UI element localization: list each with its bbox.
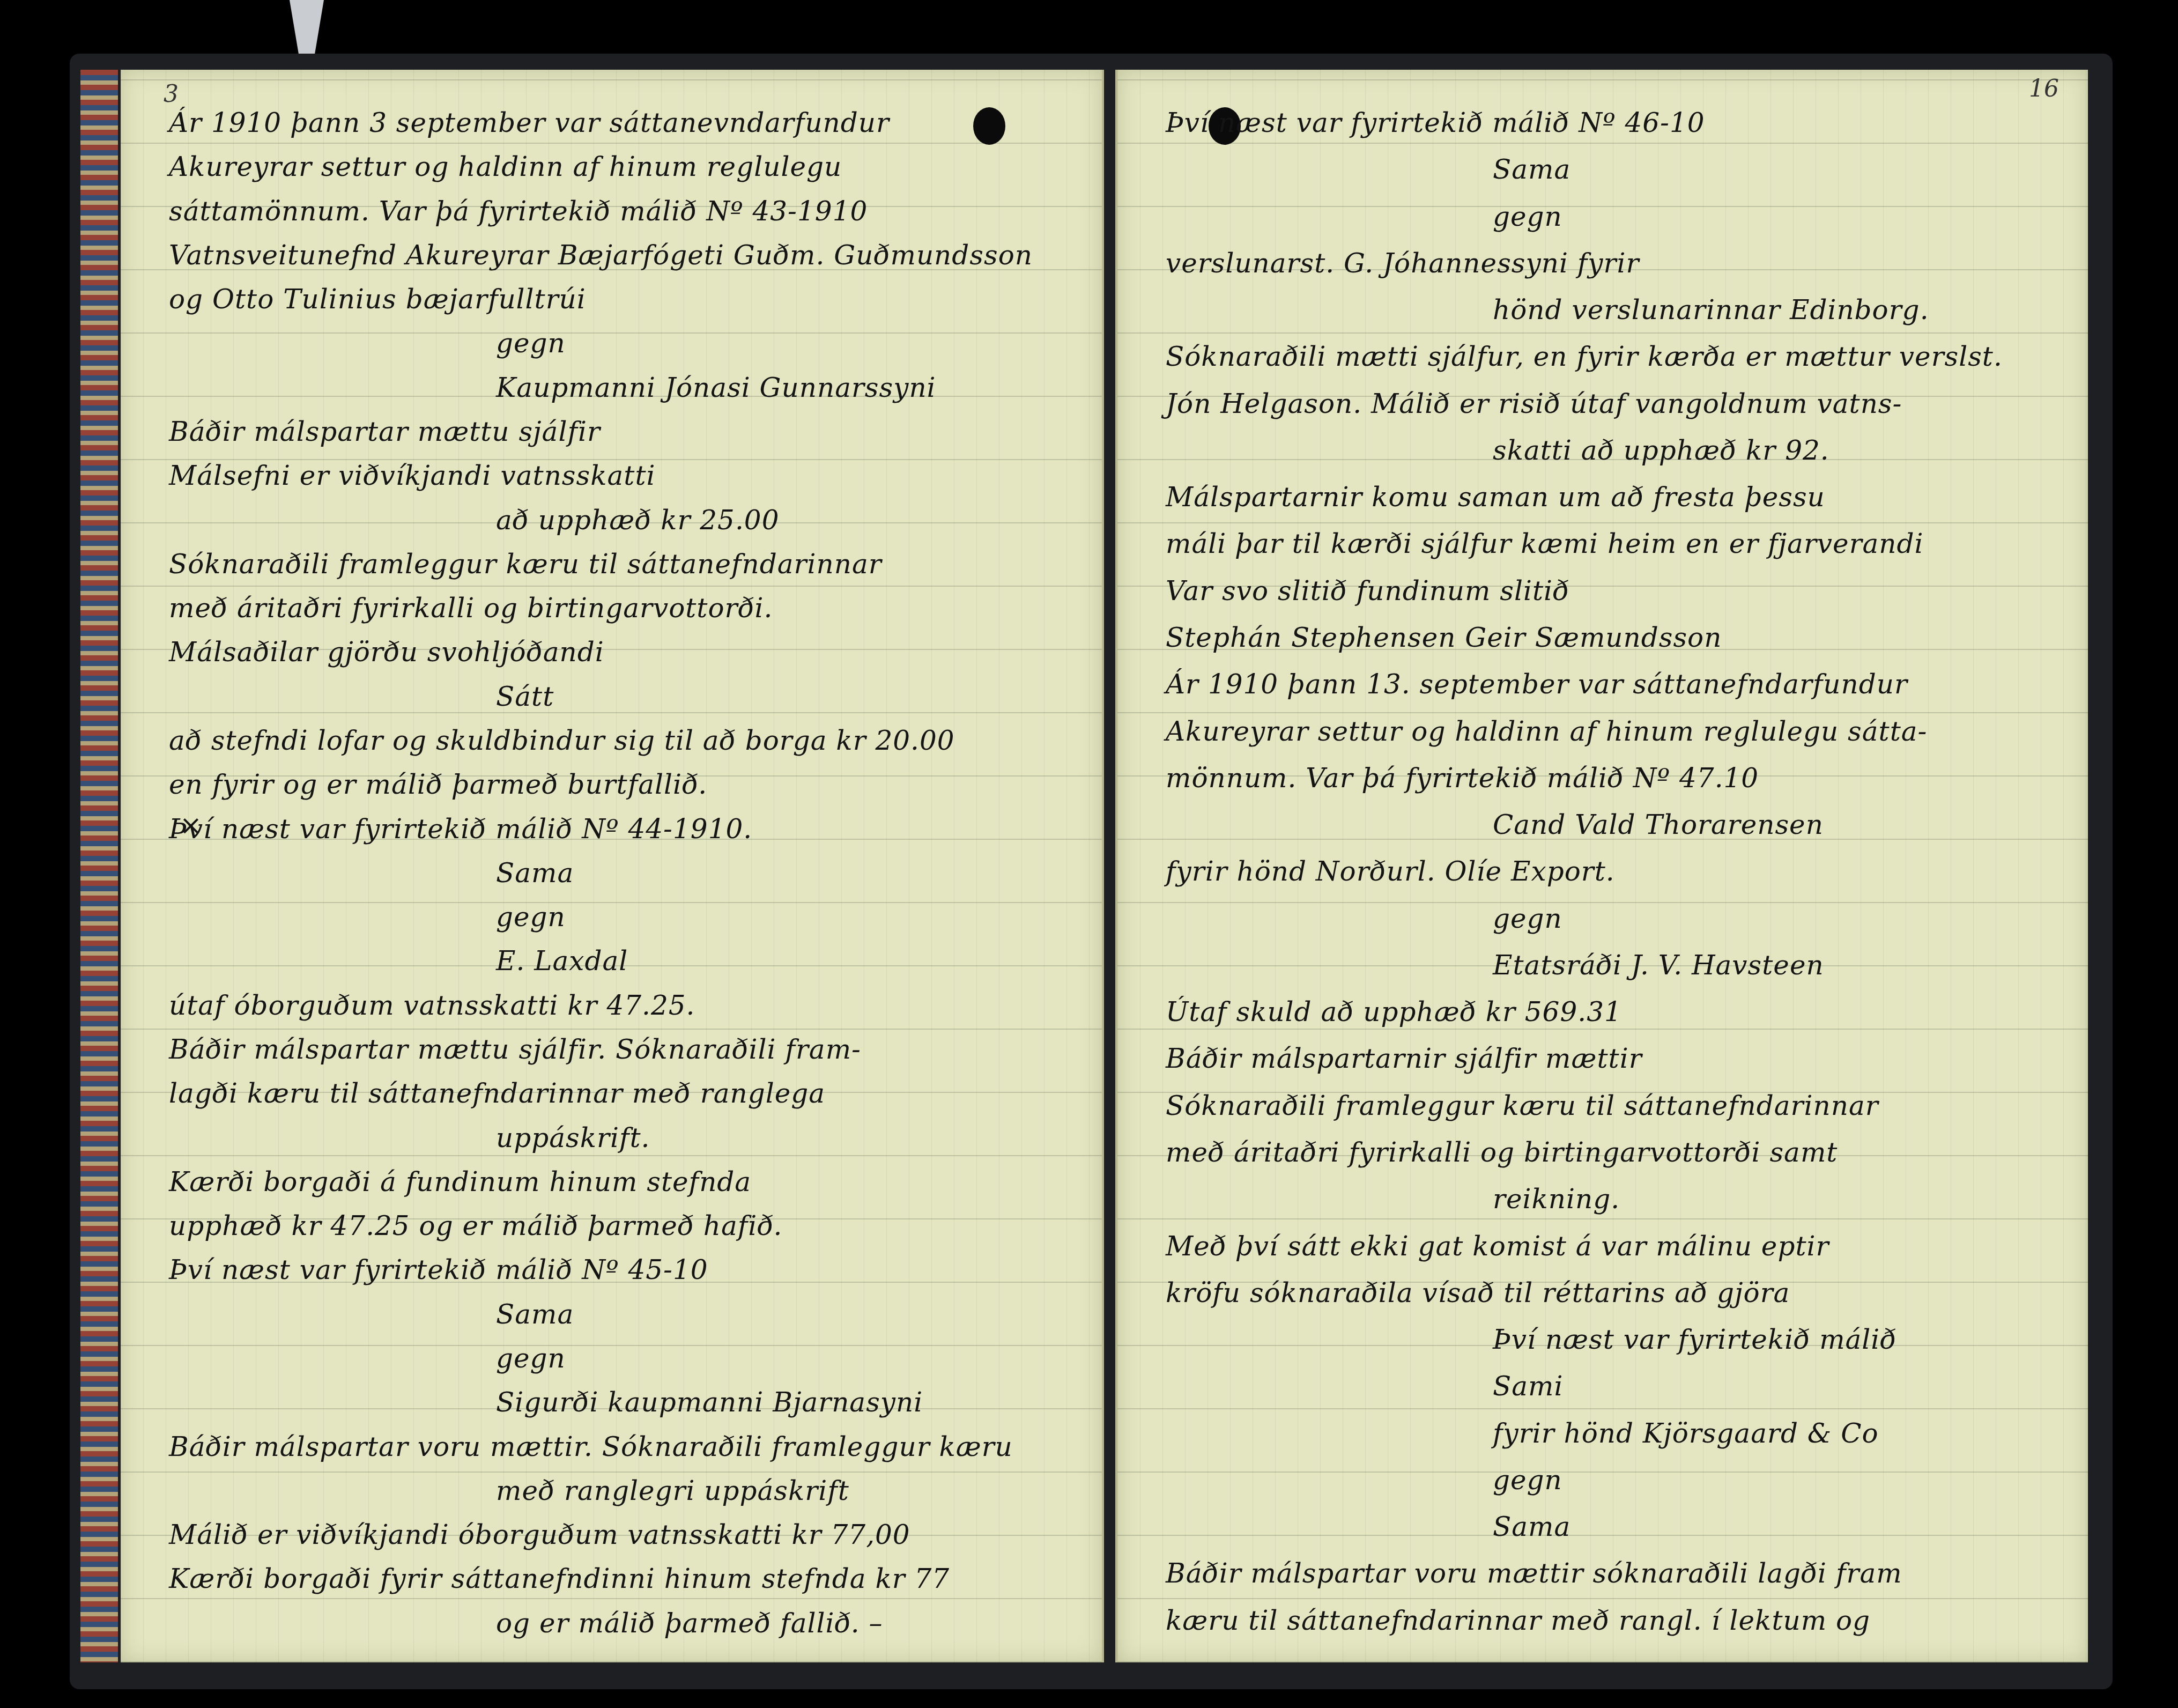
handwritten-line: Því næst var fyrirtekið málið Nº 46-10: [1166, 107, 1705, 138]
page-number: 3: [164, 80, 179, 108]
margin-mark: ×: [180, 810, 203, 841]
handwritten-line: sáttamönnum. Var þá fyrirtekið málið Nº …: [169, 196, 868, 227]
handwritten-line: Sami: [1493, 1371, 1563, 1402]
handwritten-line: gegn: [1493, 1465, 1562, 1496]
handwritten-line: með ranglegri uppáskrift: [496, 1475, 849, 1506]
handwritten-line: gegn: [496, 328, 566, 359]
handwritten-line: Sama: [496, 857, 574, 889]
handwritten-line: máli þar til kærði sjálfur kæmi heim en …: [1166, 528, 1924, 559]
handwritten-line: Málsaðilar gjörðu svohljóðandi: [169, 637, 604, 668]
handwritten-line: gegn: [1493, 903, 1562, 934]
handwritten-line: Vatnsveitunefnd Akureyrar Bæjarfógeti Gu…: [169, 240, 1033, 271]
handwritten-line: Sóknaraðili framleggur kæru til sáttanef…: [1166, 1090, 1879, 1121]
handwritten-line: Því næst var fyrirtekið málið Nº 44-1910…: [169, 814, 752, 845]
handwritten-line: E. Laxdal: [496, 945, 628, 977]
handwritten-line: Cand Vald Thorarensen: [1493, 809, 1824, 840]
handwritten-line: Því næst var fyrirtekið málið: [1493, 1324, 1897, 1355]
handwritten-line: Sama: [496, 1299, 574, 1330]
handwritten-line: Báðir málspartar mættu sjálfir: [169, 416, 601, 447]
right-page: 16 Því næst var fyrirtekið málið Nº 46-1…: [1115, 70, 2088, 1662]
punch-hole: [973, 107, 1005, 145]
page-number: 16: [2029, 75, 2059, 102]
handwritten-line: Málið er viðvíkjandi óborguðum vatnsskat…: [169, 1519, 910, 1550]
handwritten-line: Kærði borgaði fyrir sáttanefndinni hinum…: [169, 1563, 950, 1594]
handwritten-line: fyrir hönd Kjörsgaard & Co: [1493, 1418, 1879, 1449]
handwritten-line: Etatsráði J. V. Havsteen: [1493, 950, 1824, 981]
handwritten-line: Sóknaraðili mætti sjálfur, en fyrir kærð…: [1166, 341, 2003, 372]
handwritten-line: Kaupmanni Jónasi Gunnarssyni: [496, 372, 936, 403]
marbled-page-edge: [80, 70, 118, 1662]
handwritten-line: Báðir málspartar voru mættir. Sóknaraðil…: [169, 1431, 1013, 1462]
handwritten-line: fyrir hönd Norðurl. Olíe Export.: [1166, 856, 1615, 887]
handwritten-line: Akureyrar settur og haldinn af hinum reg…: [169, 151, 842, 182]
handwritten-line: skatti að upphæð kr 92.: [1493, 435, 1829, 466]
handwritten-line: en fyrir og er málið þarmeð burtfallið.: [169, 769, 707, 800]
handwritten-line: útaf óborguðum vatnsskatti kr 47.25.: [169, 990, 695, 1021]
handwritten-line: mönnum. Var þá fyrirtekið málið Nº 47.10: [1166, 763, 1759, 794]
handwritten-line: Sátt: [496, 681, 554, 712]
handwritten-line: gegn: [496, 901, 566, 933]
handwritten-line: Var svo slitið fundinum slitið: [1166, 575, 1569, 607]
handwritten-line: Kærði borgaði á fundinum hinum stefnda: [169, 1166, 751, 1197]
handwritten-line: Stephán Stephensen Geir Sæmundsson: [1166, 622, 1722, 653]
handwritten-line: Málsefni er viðvíkjandi vatnsskatti: [169, 460, 655, 491]
handwritten-line: Báðir málspartar mættu sjálfir. Sóknarað…: [169, 1034, 861, 1065]
handwritten-line: Málspartarnir komu saman um að fresta þe…: [1166, 482, 1825, 513]
handwritten-line: kröfu sóknaraðila vísað til réttarins að…: [1166, 1277, 1790, 1308]
handwritten-line: kæru til sáttanefndarinnar með rangl. í …: [1166, 1605, 1870, 1636]
handwritten-line: að upphæð kr 25.00: [496, 505, 779, 536]
handwritten-line: Sóknaraðili framleggur kæru til sáttanef…: [169, 549, 882, 580]
handwritten-line: gegn: [496, 1343, 566, 1374]
handwritten-line: að stefndi lofar og skuldbindur sig til …: [169, 725, 955, 756]
handwritten-line: með áritaðri fyrirkalli og birtingarvott…: [169, 593, 773, 624]
handwritten-line: Ár 1910 þann 3 september var sáttanevnda…: [169, 107, 890, 138]
handwritten-line: Sigurði kaupmanni Bjarnasyni: [496, 1387, 923, 1418]
handwritten-line: gegn: [1493, 201, 1562, 232]
handwritten-line: upphæð kr 47.25 og er málið þarmeð hafið…: [169, 1210, 782, 1241]
handwritten-line: og Otto Tulinius bæjarfulltrúi: [169, 284, 586, 315]
handwritten-line: Með því sátt ekki gat komist á var málin…: [1166, 1231, 1829, 1262]
handwritten-line: lagði kæru til sáttanefndarinnar með ran…: [169, 1078, 825, 1109]
handwritten-line: Sama: [1493, 154, 1570, 185]
handwritten-line: hönd verslunarinnar Edinborg.: [1493, 294, 1929, 326]
handwritten-line: Sama: [1493, 1511, 1570, 1542]
handwritten-line: Báðir málspartarnir sjálfir mættir: [1166, 1043, 1642, 1074]
handwritten-line: reikning.: [1493, 1184, 1620, 1215]
handwritten-line: Akureyrar settur og haldinn af hinum reg…: [1166, 716, 1927, 747]
handwritten-line: og er málið þarmeð fallið. –: [496, 1608, 883, 1639]
handwritten-line: Báðir málspartar voru mættir sóknaraðili…: [1166, 1558, 1902, 1589]
left-page: 3 Ár 1910 þann 3 september var sáttanevn…: [121, 70, 1104, 1662]
handwritten-line: Útaf skuld að upphæð kr 569.31: [1166, 996, 1622, 1027]
handwritten-line: Því næst var fyrirtekið málið Nº 45-10: [169, 1254, 708, 1285]
handwritten-line: uppáskrift.: [496, 1122, 650, 1154]
handwritten-line: með áritaðri fyrirkalli og birtingarvott…: [1166, 1137, 1838, 1168]
handwritten-line: verslunarst. G. Jóhannessyni fyrir: [1166, 248, 1639, 279]
handwritten-line: Jón Helgason. Málið er risið útaf vangol…: [1166, 388, 1902, 419]
handwritten-line: Ár 1910 þann 13. september var sáttanefn…: [1166, 669, 1908, 700]
